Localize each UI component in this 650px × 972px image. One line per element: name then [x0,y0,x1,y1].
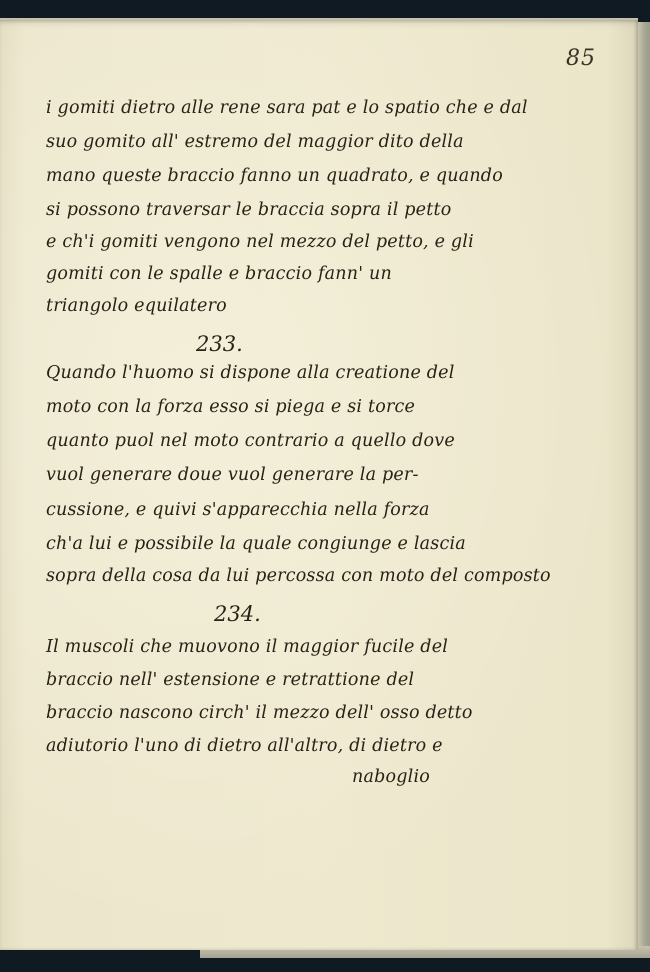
section-number: 234. [214,602,261,626]
folio-number: 85 [566,46,596,71]
text-line: si possono traversar le braccia sopra il… [46,200,451,220]
text-line: braccio nell' estensione e retrattione d… [46,670,414,690]
text-line: sopra della cosa da lui percossa con mot… [46,566,551,586]
text-line: Quando l'huomo si dispone alla creatione… [46,363,455,383]
text-line: Il muscoli che muovono il maggior fucile… [46,637,448,657]
text-line: cussione, e quivi s'apparecchia nella fo… [46,500,430,520]
text-line: gomiti con le spalle e braccio fann' un [46,264,392,284]
text-line: e ch'i gomiti vengono nel mezzo del pett… [46,232,474,252]
text-line: naboglio [352,767,430,787]
text-line: vuol generare doue vuol generare la per- [46,465,419,485]
manuscript-page: 85 i gomiti dietro alle rene sara pat e … [0,18,638,950]
text-line: braccio nascono circh' il mezzo dell' os… [46,703,473,723]
section-number: 233. [196,332,243,356]
manuscript-page-frame: 85 i gomiti dietro alle rene sara pat e … [0,18,650,958]
text-line: i gomiti dietro alle rene sara pat e lo … [46,98,528,118]
text-line: moto con la forza esso si piega e si tor… [46,397,415,417]
text-line: triangolo equilatero [46,296,227,316]
text-line: suo gomito all' estremo del maggior dito… [46,132,464,152]
text-line: ch'a lui e possibile la quale congiunge … [46,534,466,554]
text-line: mano queste braccio fanno un quadrato, e… [46,166,503,186]
text-line: quanto puol nel moto contrario a quello … [46,431,455,451]
text-line: adiutorio l'uno di dietro all'altro, di … [46,736,443,756]
